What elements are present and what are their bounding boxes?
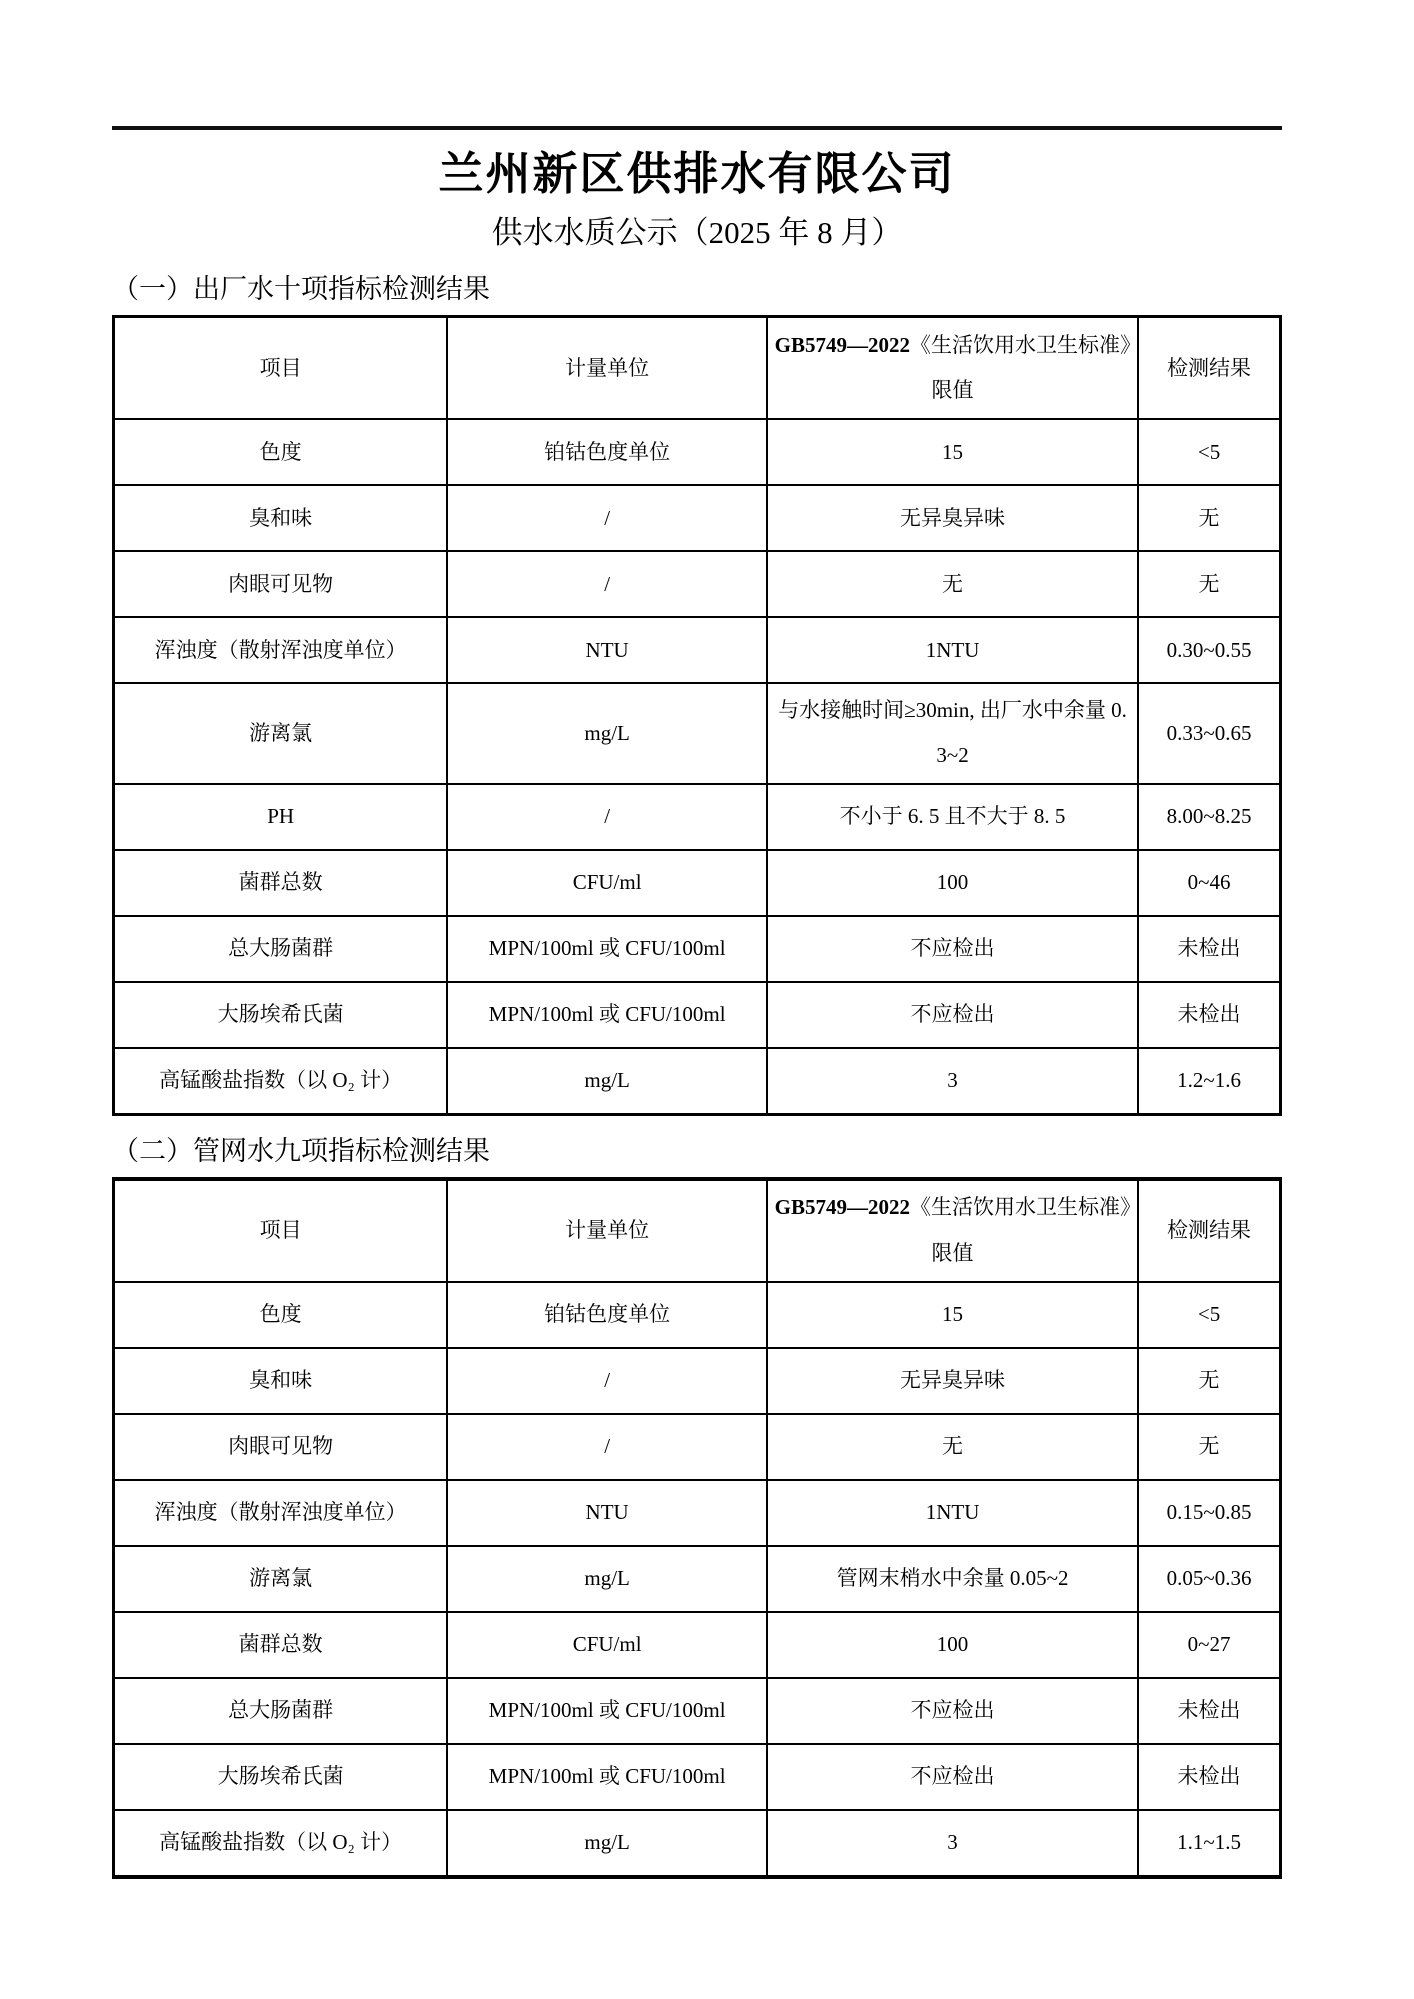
col-header-unit: 计量单位 [447, 1179, 767, 1282]
table-cell: 未检出 [1138, 982, 1280, 1048]
col-header-result: 检测结果 [1138, 1179, 1280, 1282]
table-row: 肉眼可见物/无无 [114, 551, 1281, 617]
table-cell: 菌群总数 [114, 850, 448, 916]
pipe-network-water-table: 项目 计量单位 GB5749—2022《生活饮用水卫生标准》限值 检测结果 色度… [112, 1177, 1282, 1879]
table-cell: 3 [767, 1048, 1138, 1115]
col-header-limit: GB5749—2022《生活饮用水卫生标准》限值 [767, 317, 1138, 420]
table-row: 总大肠菌群MPN/100ml 或 CFU/100ml不应检出未检出 [114, 916, 1281, 982]
standard-code: GB5749—2022 [775, 1195, 910, 1219]
table-cell: / [447, 784, 767, 850]
table-cell: 与水接触时间≥30min, 出厂水中余量 0.3~2 [767, 683, 1138, 783]
table-cell: / [447, 551, 767, 617]
table-cell: 肉眼可见物 [114, 1414, 448, 1480]
table-cell: CFU/ml [447, 1612, 767, 1678]
table-row: 浑浊度（散射浑浊度单位）NTU1NTU0.15~0.85 [114, 1480, 1281, 1546]
table-cell: 0~46 [1138, 850, 1280, 916]
table-cell: 高锰酸盐指数（以 O₂ 计） [114, 1048, 448, 1115]
table-cell: 游离氯 [114, 1546, 448, 1612]
table-cell: 0.05~0.36 [1138, 1546, 1280, 1612]
factory-water-table: 项目 计量单位 GB5749—2022《生活饮用水卫生标准》限值 检测结果 色度… [112, 315, 1282, 1115]
table-cell: 不应检出 [767, 982, 1138, 1048]
col-header-item: 项目 [114, 1179, 448, 1282]
table-cell: 1NTU [767, 1480, 1138, 1546]
table-cell: 15 [767, 1282, 1138, 1348]
table-cell: 1.1~1.5 [1138, 1810, 1280, 1877]
table-row: 臭和味/无异臭异味无 [114, 1348, 1281, 1414]
table-cell: 色度 [114, 1282, 448, 1348]
table-cell: 3 [767, 1810, 1138, 1877]
table-cell: 游离氯 [114, 683, 448, 783]
table-cell: 不小于 6. 5 且不大于 8. 5 [767, 784, 1138, 850]
table-cell: MPN/100ml 或 CFU/100ml [447, 1678, 767, 1744]
table-cell: 100 [767, 1612, 1138, 1678]
table-cell: 肉眼可见物 [114, 551, 448, 617]
table-cell: 0~27 [1138, 1612, 1280, 1678]
section-heading-pipe-network-water: （二）管网水九项指标检测结果 [112, 1134, 1282, 1169]
table-cell: 不应检出 [767, 1678, 1138, 1744]
table-row: 色度铂钴色度单位15<5 [114, 419, 1281, 485]
table-cell: MPN/100ml 或 CFU/100ml [447, 916, 767, 982]
standard-name: 《生活饮用水卫生标准》限值 [910, 1195, 1131, 1264]
header-rule [112, 126, 1282, 130]
table-cell: 1.2~1.6 [1138, 1048, 1280, 1115]
table-cell: 总大肠菌群 [114, 916, 448, 982]
table-cell: 臭和味 [114, 485, 448, 551]
table-cell: 未检出 [1138, 916, 1280, 982]
table-cell: 无 [1138, 485, 1280, 551]
standard-name: 《生活饮用水卫生标准》限值 [910, 333, 1131, 402]
table-cell: 8.00~8.25 [1138, 784, 1280, 850]
table-cell: 无 [1138, 1348, 1280, 1414]
table-row: 菌群总数CFU/ml1000~27 [114, 1612, 1281, 1678]
table-cell: 无异臭异味 [767, 1348, 1138, 1414]
table-row: 臭和味/无异臭异味无 [114, 485, 1281, 551]
table-cell: PH [114, 784, 448, 850]
table-row: 大肠埃希氏菌MPN/100ml 或 CFU/100ml不应检出未检出 [114, 982, 1281, 1048]
document-page: 兰州新区供排水有限公司 供水水质公示（2025 年 8 月） （一）出厂水十项指… [112, 126, 1282, 1879]
table-cell: <5 [1138, 419, 1280, 485]
table-cell: NTU [447, 617, 767, 683]
table-cell: 浑浊度（散射浑浊度单位） [114, 617, 448, 683]
table-cell: 100 [767, 850, 1138, 916]
table-cell: MPN/100ml 或 CFU/100ml [447, 982, 767, 1048]
table-row: 大肠埃希氏菌MPN/100ml 或 CFU/100ml不应检出未检出 [114, 1744, 1281, 1810]
table-cell: 0.15~0.85 [1138, 1480, 1280, 1546]
table-cell: 浑浊度（散射浑浊度单位） [114, 1480, 448, 1546]
table-cell: NTU [447, 1480, 767, 1546]
table-cell: mg/L [447, 1048, 767, 1115]
table-row: 总大肠菌群MPN/100ml 或 CFU/100ml不应检出未检出 [114, 1678, 1281, 1744]
table-cell: 不应检出 [767, 916, 1138, 982]
table-cell: 无 [1138, 1414, 1280, 1480]
table-cell: 臭和味 [114, 1348, 448, 1414]
table-cell: MPN/100ml 或 CFU/100ml [447, 1744, 767, 1810]
table-cell: 1NTU [767, 617, 1138, 683]
page-subtitle: 供水水质公示（2025 年 8 月） [112, 211, 1282, 254]
table-cell: 菌群总数 [114, 1612, 448, 1678]
standard-code: GB5749—2022 [775, 333, 910, 357]
section-heading-factory-water: （一）出厂水十项指标检测结果 [112, 272, 1282, 307]
table-cell: 总大肠菌群 [114, 1678, 448, 1744]
table-cell: 铂钴色度单位 [447, 1282, 767, 1348]
table-cell: 无异臭异味 [767, 485, 1138, 551]
table-cell: mg/L [447, 683, 767, 783]
table-cell: 0.33~0.65 [1138, 683, 1280, 783]
table-header-row: 项目 计量单位 GB5749—2022《生活饮用水卫生标准》限值 检测结果 [114, 317, 1281, 420]
table-cell: mg/L [447, 1546, 767, 1612]
page-title: 兰州新区供排水有限公司 [112, 144, 1282, 205]
table-row: PH/不小于 6. 5 且不大于 8. 58.00~8.25 [114, 784, 1281, 850]
table-cell: 不应检出 [767, 1744, 1138, 1810]
table-cell: / [447, 1348, 767, 1414]
table-row: 色度铂钴色度单位15<5 [114, 1282, 1281, 1348]
table-row: 游离氯mg/L管网末梢水中余量 0.05~20.05~0.36 [114, 1546, 1281, 1612]
table-header-row: 项目 计量单位 GB5749—2022《生活饮用水卫生标准》限值 检测结果 [114, 1179, 1281, 1282]
table-cell: CFU/ml [447, 850, 767, 916]
table-cell: 高锰酸盐指数（以 O₂ 计） [114, 1810, 448, 1877]
table-cell: / [447, 485, 767, 551]
table-cell: <5 [1138, 1282, 1280, 1348]
col-header-item: 项目 [114, 317, 448, 420]
table-row: 游离氯mg/L与水接触时间≥30min, 出厂水中余量 0.3~20.33~0.… [114, 683, 1281, 783]
table-cell: 铂钴色度单位 [447, 419, 767, 485]
table-cell: 大肠埃希氏菌 [114, 982, 448, 1048]
table-cell: 无 [767, 551, 1138, 617]
table-cell: 未检出 [1138, 1678, 1280, 1744]
table-row: 菌群总数CFU/ml1000~46 [114, 850, 1281, 916]
table-cell: 未检出 [1138, 1744, 1280, 1810]
table-cell: 0.30~0.55 [1138, 617, 1280, 683]
table-row: 高锰酸盐指数（以 O₂ 计）mg/L31.1~1.5 [114, 1810, 1281, 1877]
table-cell: 无 [767, 1414, 1138, 1480]
table-cell: 无 [1138, 551, 1280, 617]
col-header-unit: 计量单位 [447, 317, 767, 420]
table-cell: / [447, 1414, 767, 1480]
col-header-limit: GB5749—2022《生活饮用水卫生标准》限值 [767, 1179, 1138, 1282]
table-cell: 色度 [114, 419, 448, 485]
table-row: 高锰酸盐指数（以 O₂ 计）mg/L31.2~1.6 [114, 1048, 1281, 1115]
table-row: 浑浊度（散射浑浊度单位）NTU1NTU0.30~0.55 [114, 617, 1281, 683]
table-cell: 管网末梢水中余量 0.05~2 [767, 1546, 1138, 1612]
table-cell: 大肠埃希氏菌 [114, 1744, 448, 1810]
table-cell: 15 [767, 419, 1138, 485]
col-header-result: 检测结果 [1138, 317, 1280, 420]
table-cell: mg/L [447, 1810, 767, 1877]
table-row: 肉眼可见物/无无 [114, 1414, 1281, 1480]
